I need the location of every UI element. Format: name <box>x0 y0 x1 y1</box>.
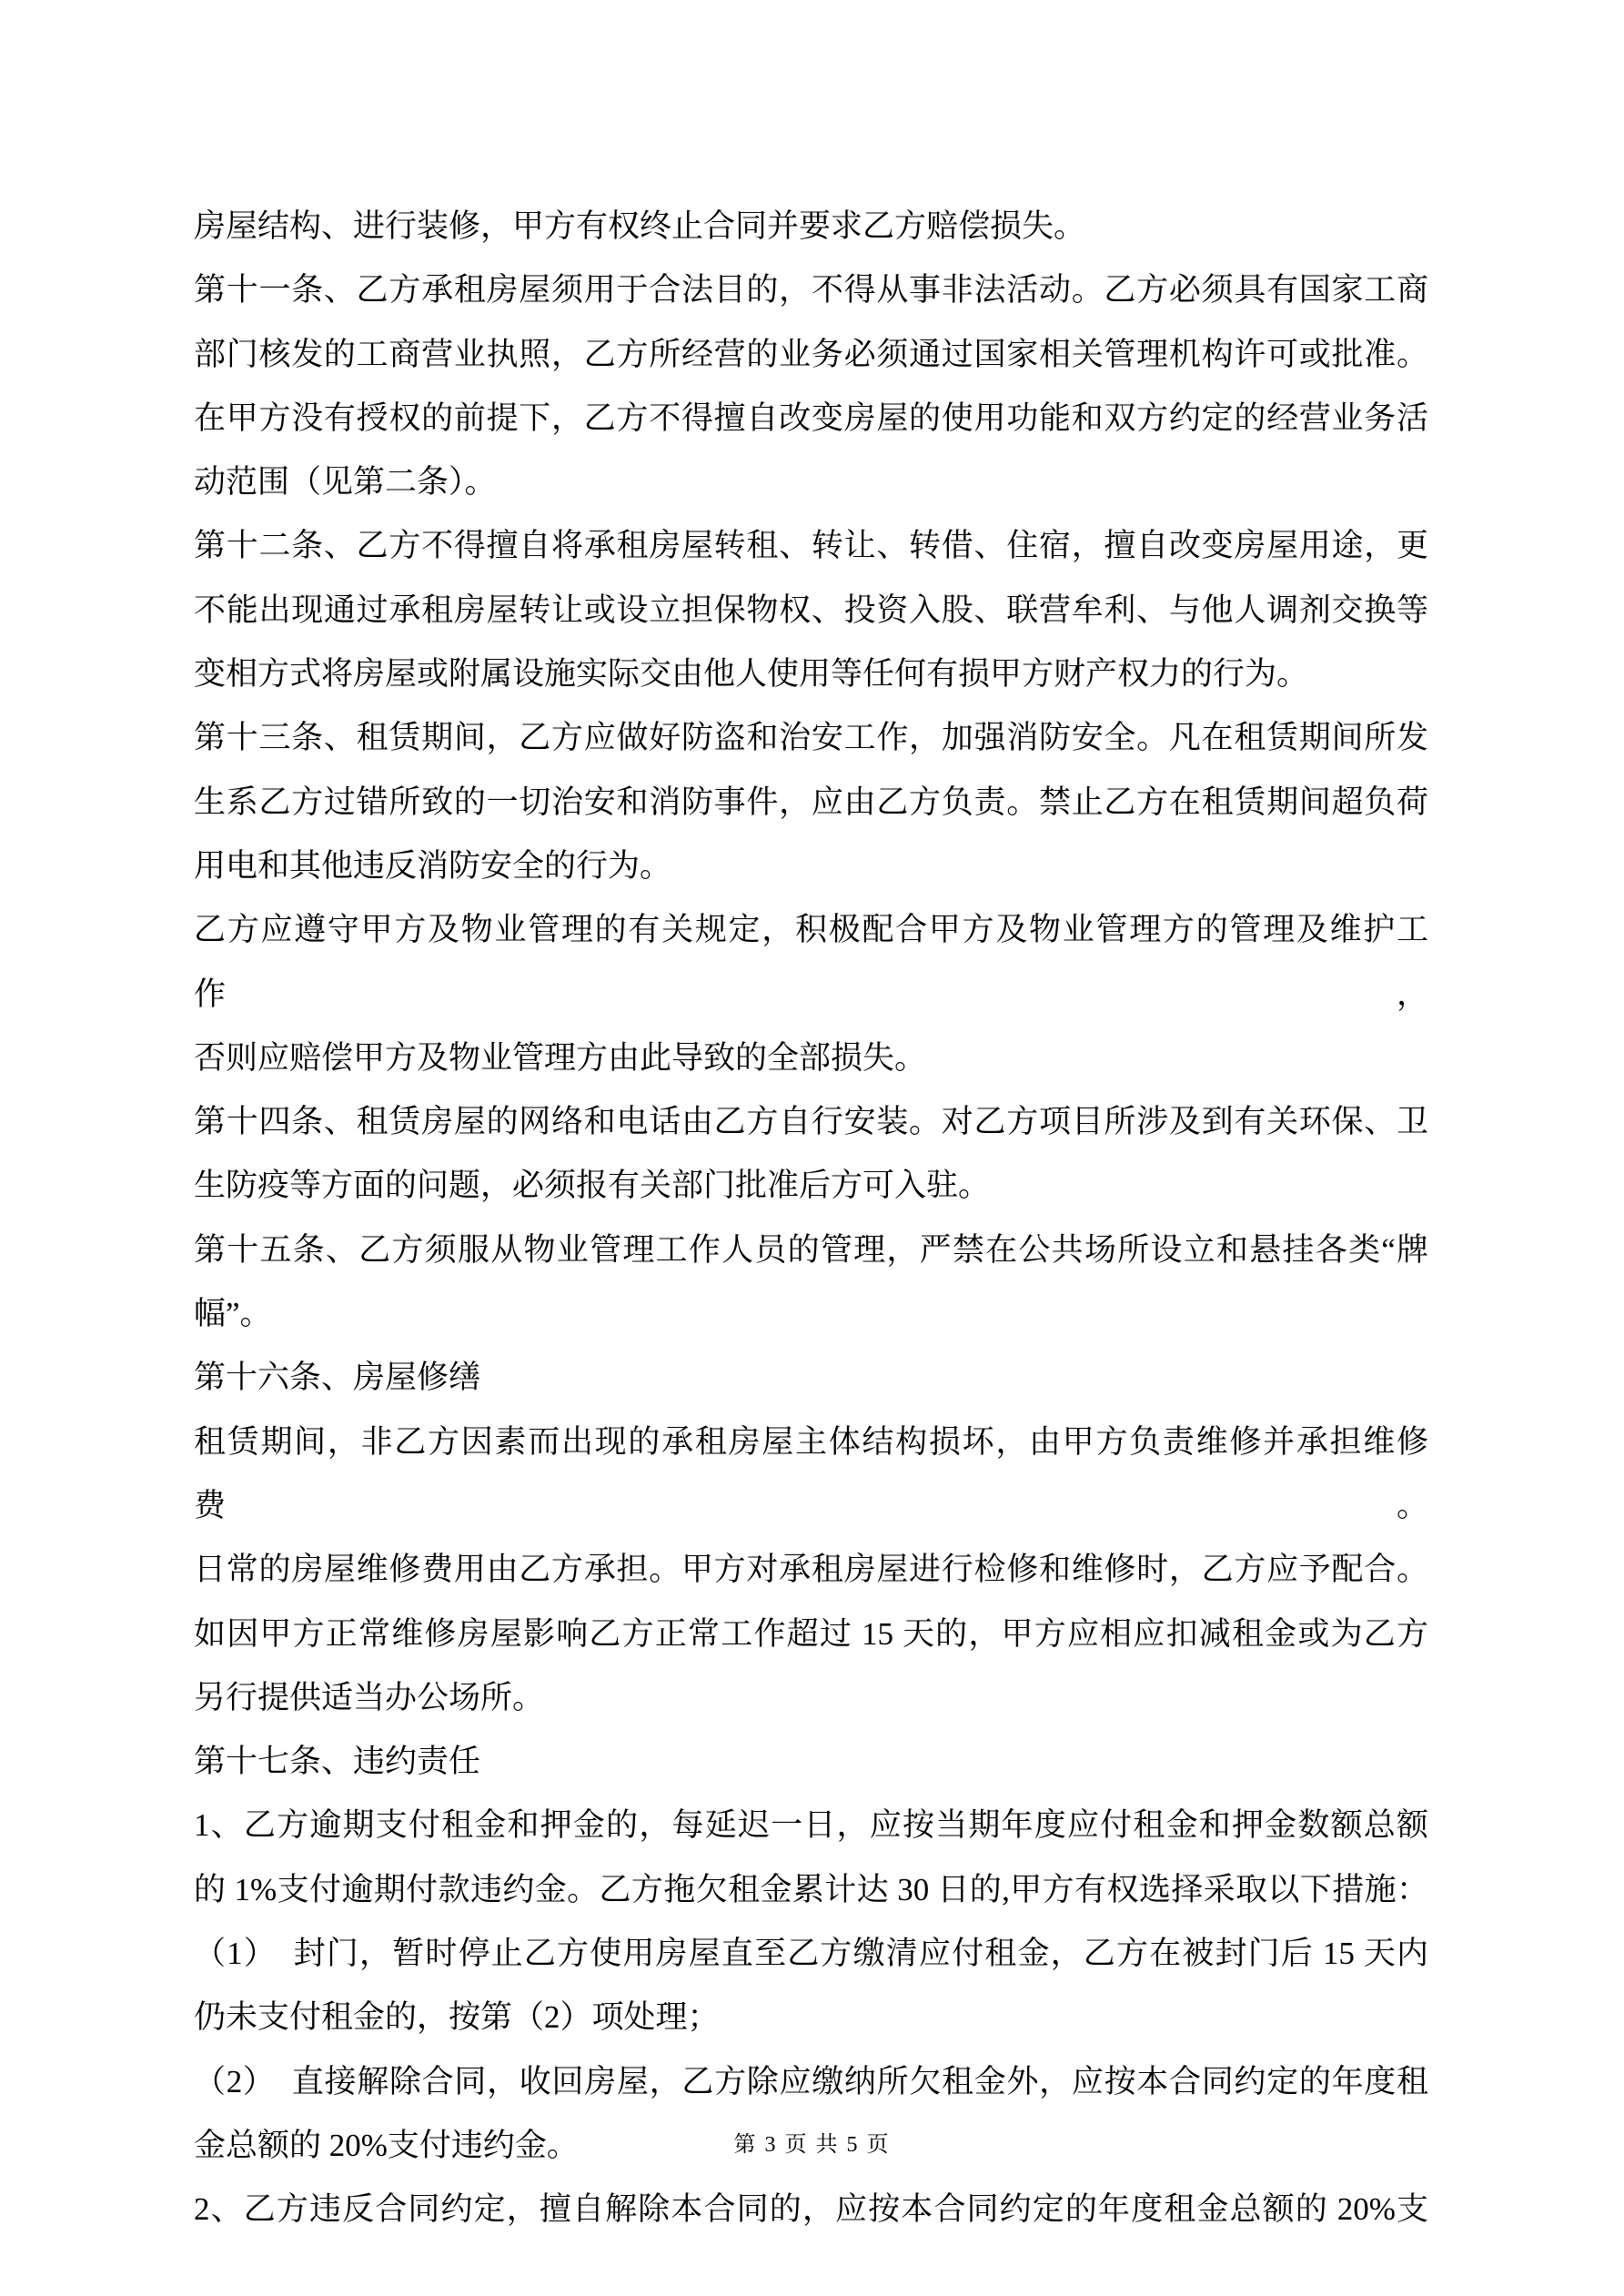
document-page: 房屋结构、进行装修，甲方有权终止合同并要求乙方赔偿损失。第十一条、乙方承租房屋须… <box>0 0 1624 2296</box>
text-line: 第十六条、房屋修缮 <box>194 1346 1428 1410</box>
document-body: 房屋结构、进行装修，甲方有权终止合同并要求乙方赔偿损失。第十一条、乙方承租房屋须… <box>194 195 1428 2242</box>
text-line: 变相方式将房屋或附属设施实际交由他人使用等任何有损甲方财产权力的行为。 <box>194 642 1428 706</box>
text-line: 部门核发的工商营业执照，乙方所经营的业务必须通过国家相关管理机构许可或批准。 <box>194 323 1428 387</box>
text-line: 在甲方没有授权的前提下，乙方不得擅自改变房屋的使用功能和双方约定的经营业务活 <box>194 387 1428 450</box>
text-line: 第十七条、违约责任 <box>194 1730 1428 1794</box>
text-line: 第十一条、乙方承租房屋须用于合法目的，不得从事非法活动。乙方必须具有国家工商 <box>194 258 1428 322</box>
text-line: 否则应赔偿甲方及物业管理方由此导致的全部损失。 <box>194 1027 1428 1090</box>
text-line: 用电和其他违反消防安全的行为。 <box>194 834 1428 898</box>
text-line: 第十三条、租赁期间，乙方应做好防盗和治安工作，加强消防安全。凡在租赁期间所发 <box>194 706 1428 770</box>
text-line: 如因甲方正常维修房屋影响乙方正常工作超过 15 天的，甲方应相应扣减租金或为乙方 <box>194 1603 1428 1666</box>
text-line: 2、乙方违反合同约定，擅自解除本合同的，应按本合同约定的年度租金总额的 20%支 <box>194 2178 1428 2241</box>
text-line: 乙方应遵守甲方及物业管理的有关规定，积极配合甲方及物业管理方的管理及维护工作， <box>194 898 1428 1027</box>
text-line: 生防疫等方面的问题，必须报有关部门批准后方可入驻。 <box>194 1154 1428 1218</box>
page-footer: 第 3 页 共 5 页 <box>0 2126 1624 2158</box>
text-line: 第十二条、乙方不得擅自将承租房屋转租、转让、转借、住宿，擅自改变房屋用途，更 <box>194 514 1428 578</box>
text-line: 动范围（见第二条）。 <box>194 450 1428 514</box>
text-line: 日常的房屋维修费用由乙方承担。甲方对承租房屋进行检修和维修时，乙方应予配合。 <box>194 1538 1428 1602</box>
text-line: 的 1%支付逾期付款违约金。乙方拖欠租金累计达 30 日的,甲方有权选择采取以下… <box>194 1858 1428 1922</box>
text-line: 租赁期间，非乙方因素而出现的承租房屋主体结构损坏，由甲方负责维修并承担维修费。 <box>194 1411 1428 1539</box>
text-line: （1） 封门，暂时停止乙方使用房屋直至乙方缴清应付租金，乙方在被封门后 15 天… <box>194 1922 1428 1986</box>
text-line: 第十四条、租赁房屋的网络和电话由乙方自行安装。对乙方项目所涉及到有关环保、卫 <box>194 1090 1428 1154</box>
text-line: 另行提供适当办公场所。 <box>194 1666 1428 1730</box>
text-line: 仍未支付租金的，按第（2）项处理； <box>194 1986 1428 2049</box>
text-line: 生系乙方过错所致的一切治安和消防事件，应由乙方负责。禁止乙方在租赁期间超负荷 <box>194 771 1428 834</box>
text-line: 房屋结构、进行装修，甲方有权终止合同并要求乙方赔偿损失。 <box>194 195 1428 258</box>
text-line: （2） 直接解除合同，收回房屋，乙方除应缴纳所欠租金外，应按本合同约定的年度租 <box>194 2050 1428 2114</box>
text-line: 1、乙方逾期支付租金和押金的，每延迟一日，应按当期年度应付租金和押金数额总额 <box>194 1794 1428 1857</box>
text-line: 不能出现通过承租房屋转让或设立担保物权、投资入股、联营牟利、与他人调剂交换等 <box>194 579 1428 642</box>
text-line: 第十五条、乙方须服从物业管理工作人员的管理，严禁在公共场所设立和悬挂各类“牌 <box>194 1219 1428 1282</box>
text-line: 幅”。 <box>194 1282 1428 1346</box>
